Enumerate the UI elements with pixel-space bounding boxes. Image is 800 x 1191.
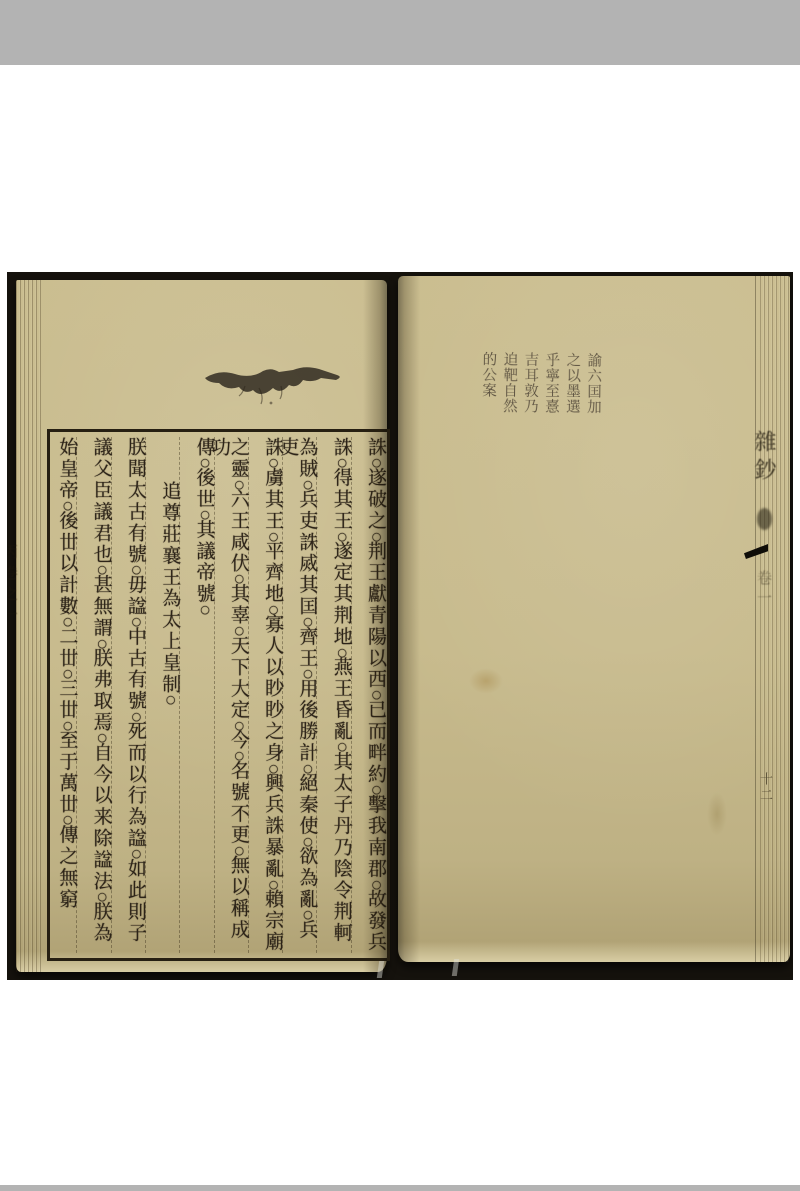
judou-circle: ○ bbox=[199, 508, 212, 521]
judou-circle: ○ bbox=[267, 762, 280, 775]
fore-edge-page-number: 十二 bbox=[760, 772, 774, 818]
judou-circle: ○ bbox=[96, 890, 109, 903]
judou-circle: ○ bbox=[370, 783, 383, 796]
judou-circle: ○ bbox=[61, 813, 74, 826]
judou-circle: ○ bbox=[61, 667, 74, 680]
paper-stain bbox=[469, 668, 503, 694]
judou-circle: ○ bbox=[301, 835, 314, 848]
fore-edge-title-text: 雜鈔 bbox=[755, 430, 779, 540]
gutter-reflection bbox=[452, 959, 459, 976]
book-photo: 誅○遂破之○荆王獻青陽以西○已而畔約○擊我南郡○故發兵誅○得其王○遂定其荆地○燕… bbox=[7, 272, 793, 980]
marginalia-column: 吉耳敦乃 bbox=[520, 352, 542, 444]
text-column: 議父臣議君也○甚無謂○朕弗取焉○自今以来除諡法○朕為 bbox=[76, 437, 110, 953]
judou-circle: ○ bbox=[336, 456, 349, 469]
judou-circle: ○ bbox=[61, 615, 74, 628]
judou-circle: ○ bbox=[301, 667, 314, 680]
paper-stain bbox=[707, 792, 727, 836]
judou-circle: ○ bbox=[233, 478, 246, 491]
judou-circle: ○ bbox=[370, 530, 383, 543]
judou-circle: ○ bbox=[301, 908, 314, 921]
judou-circle: ○ bbox=[130, 847, 143, 860]
marginalia-column: 乎寧至憙 bbox=[541, 352, 563, 444]
judou-circle: ○ bbox=[164, 693, 177, 706]
judou-circle: ○ bbox=[130, 563, 143, 576]
text-column: 追尊莊襄王為太上皇制○ bbox=[145, 437, 179, 953]
text-column: 為賊○兵吏誅烕其囯○齊王○用後勝計○絕秦使○欲為亂○兵吏 bbox=[282, 437, 316, 953]
judou-circle: ○ bbox=[199, 603, 212, 616]
scanner-top-bar bbox=[0, 0, 800, 65]
judou-circle: ○ bbox=[301, 615, 314, 628]
judou-circle: ○ bbox=[370, 456, 383, 469]
marginalia-column: 迫靶自然 bbox=[499, 352, 521, 444]
judou-circle: ○ bbox=[233, 624, 246, 637]
page-edge-crease bbox=[755, 276, 756, 962]
judou-circle: ○ bbox=[233, 749, 246, 762]
marginalia-column: 諭六囯加 bbox=[583, 352, 605, 444]
text-column: 傳○後世○其議帝號○ bbox=[179, 437, 213, 953]
judou-circle: ○ bbox=[336, 740, 349, 753]
text-column: 之靈○六王咸伏○其辜○天下大定○今○名號不更○無以稱成功 bbox=[214, 437, 248, 953]
judou-circle: ○ bbox=[336, 646, 349, 659]
judou-circle: ○ bbox=[96, 637, 109, 650]
judou-circle: ○ bbox=[199, 456, 212, 469]
judou-circle: ○ bbox=[130, 615, 143, 628]
judou-circle: ○ bbox=[61, 499, 74, 512]
judou-circle: ○ bbox=[336, 530, 349, 543]
judou-circle: ○ bbox=[267, 603, 280, 616]
left-fore-edge-text: 丙卷之一 bbox=[8, 544, 21, 664]
text-column: 朕聞太古有號○毋諡○中古有號○死而以行為諡○如此則子 bbox=[111, 437, 145, 953]
text-column: 誅○遂破之○荆王獻青陽以西○已而畔約○擊我南郡○故發兵 bbox=[351, 437, 385, 953]
judou-circle: ○ bbox=[370, 688, 383, 701]
scanner-bottom-bar bbox=[0, 1185, 800, 1191]
marginalia-column: 的公案 bbox=[478, 351, 500, 443]
judou-circle: ○ bbox=[267, 456, 280, 469]
marginalia-column: 之以墨選 bbox=[562, 352, 584, 444]
judou-circle: ○ bbox=[61, 719, 74, 732]
judou-circle: ○ bbox=[301, 478, 314, 491]
judou-circle: ○ bbox=[96, 563, 109, 576]
left-text-frame: 誅○遂破之○荆王獻青陽以西○已而畔約○擊我南郡○故發兵誅○得其王○遂定其荆地○燕… bbox=[47, 429, 390, 961]
judou-circle: ○ bbox=[267, 530, 280, 543]
judou-circle: ○ bbox=[370, 878, 383, 891]
judou-circle: ○ bbox=[233, 572, 246, 585]
left-page: 誅○遂破之○荆王獻青陽以西○已而畔約○擊我南郡○故發兵誅○得其王○遂定其荆地○燕… bbox=[16, 280, 387, 972]
judou-circle: ○ bbox=[267, 878, 280, 891]
judou-circle: ○ bbox=[96, 731, 109, 744]
judou-circle: ○ bbox=[130, 710, 143, 723]
ink-smudge bbox=[201, 356, 351, 411]
text-column: 誅○得其王○遂定其荆地○燕王昏亂○其太子丹乃陰令荆軻 bbox=[316, 437, 350, 953]
fore-edge-volume-text: 卷一 bbox=[757, 570, 775, 650]
text-column: 誅○虜其王○平齊地○寡人以眇眇之身○興兵誅暴亂○賴宗廟 bbox=[248, 437, 282, 953]
judou-circle: ○ bbox=[301, 762, 314, 775]
text-column: 始皇帝○後丗以計數○二丗○三丗○至于萬丗○傳之無窮 bbox=[47, 437, 76, 953]
handwritten-marginalia: 諭六囯加之以墨選乎寧至憙吉耳敦乃迫靶自然的公案 bbox=[470, 351, 605, 444]
judou-circle: ○ bbox=[233, 844, 246, 857]
judou-circle: ○ bbox=[233, 719, 246, 732]
